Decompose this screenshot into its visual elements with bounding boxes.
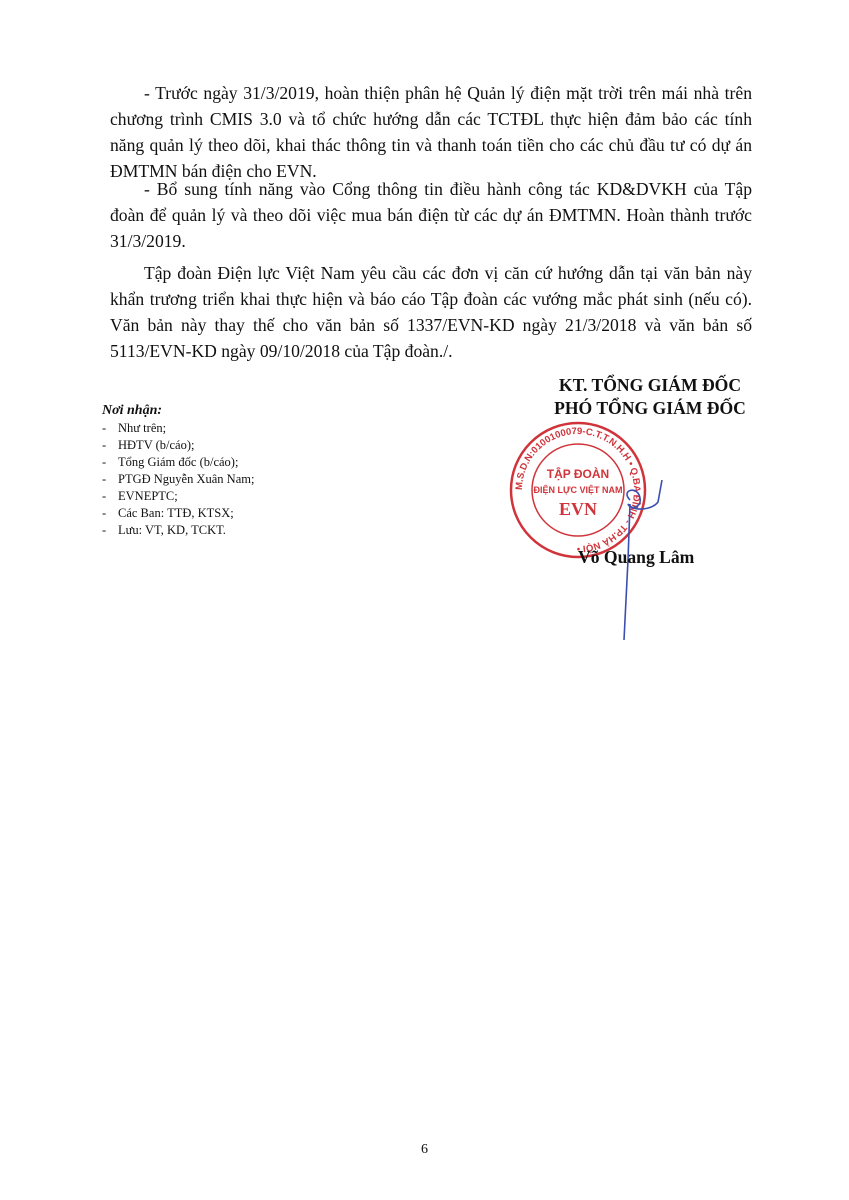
paragraph-directive: Tập đoàn Điện lực Việt Nam yêu cầu các đ… bbox=[110, 260, 752, 364]
recipients-block: Nơi nhận: -Như trên; -HĐTV (b/cáo); -Tổn… bbox=[102, 402, 254, 539]
signature-title: KT. TỔNG GIÁM ĐỐC PHÓ TỔNG GIÁM ĐỐC bbox=[520, 374, 780, 420]
recipient-item: -PTGĐ Nguyễn Xuân Nam; bbox=[102, 471, 254, 488]
signature-title-line2: PHÓ TỔNG GIÁM ĐỐC bbox=[520, 397, 780, 420]
recipients-heading: Nơi nhận: bbox=[102, 402, 254, 419]
page-number: 6 bbox=[0, 1142, 849, 1158]
recipient-item: -Như trên; bbox=[102, 420, 254, 437]
recipient-item: -HĐTV (b/cáo); bbox=[102, 437, 254, 454]
signature-title-line1: KT. TỔNG GIÁM ĐỐC bbox=[520, 374, 780, 397]
recipient-item: -Tổng Giám đốc (b/cáo); bbox=[102, 454, 254, 471]
recipient-item: -Các Ban: TTĐ, KTSX; bbox=[102, 505, 254, 522]
recipients-list: -Như trên; -HĐTV (b/cáo); -Tổng Giám đốc… bbox=[102, 420, 254, 539]
recipient-item: -EVNEPTC; bbox=[102, 488, 254, 505]
paragraph-cmis: - Trước ngày 31/3/2019, hoàn thiện phân … bbox=[110, 80, 752, 184]
signer-name: Võ Quang Lâm bbox=[578, 547, 694, 568]
svg-text:EVN: EVN bbox=[559, 499, 597, 519]
recipient-item: -Lưu: VT, KD, TCKT. bbox=[102, 522, 254, 539]
paragraph-portal: - Bổ sung tính năng vào Cổng thông tin đ… bbox=[110, 176, 752, 254]
